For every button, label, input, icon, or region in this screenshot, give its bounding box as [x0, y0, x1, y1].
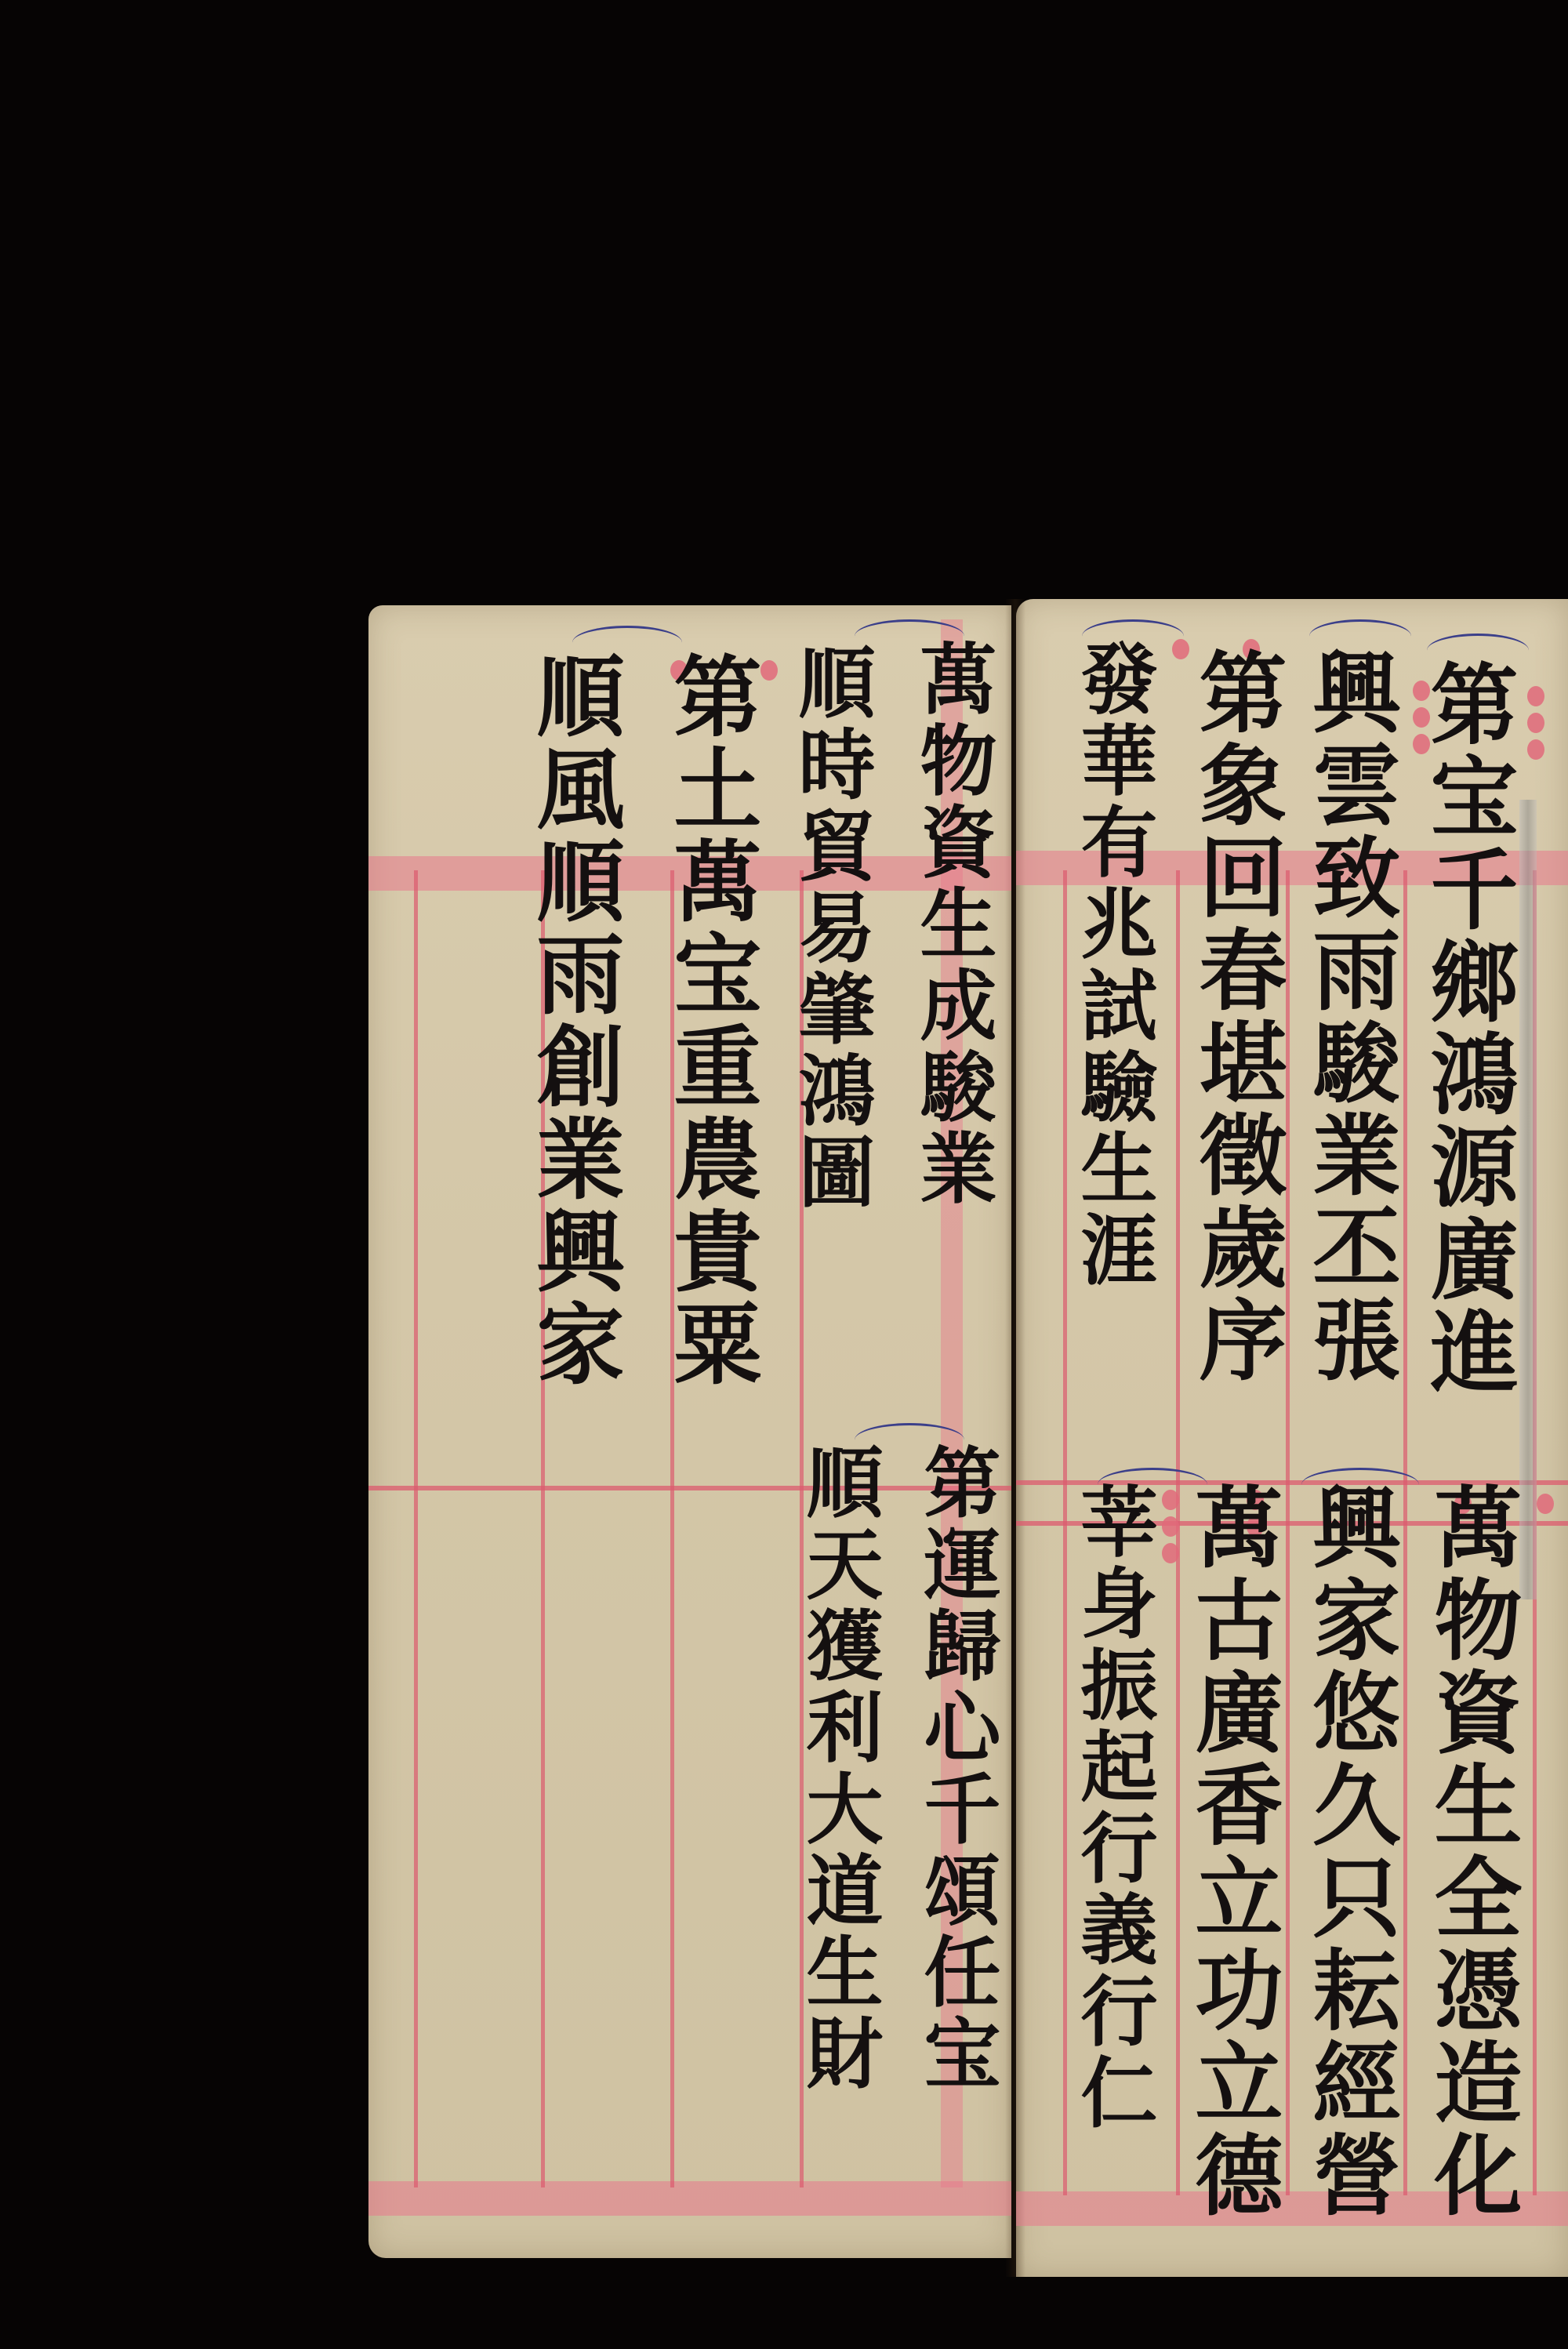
couplet-line: 萬古廣香立功立德	[1188, 1482, 1276, 2222]
couplet-line: 第象回春堪徵歲序	[1192, 647, 1279, 1387]
red-bottom-band-left	[368, 2181, 1011, 2216]
red-dot-marker	[1527, 686, 1546, 766]
couplet-line: 萬物資生成駿業	[913, 639, 990, 1210]
couplet-line: 興家悠久只耘經營	[1305, 1482, 1393, 2222]
red-dot-marker	[1162, 1490, 1181, 1570]
red-dot-marker	[760, 660, 779, 687]
red-vline	[414, 870, 418, 2187]
red-dot-marker	[1537, 1494, 1555, 1520]
couplet-line: 萬物資生全憑造化	[1427, 1482, 1515, 2222]
couplet-line: 順風順雨創業興家	[529, 651, 617, 1391]
couplet-line: 第土萬宝重農貴粟	[666, 651, 754, 1391]
tape-strip	[1519, 800, 1537, 1599]
couplet-line: 第宝千鄉鴻源廣進	[1423, 659, 1511, 1399]
couplet-line: 第運歸心千頌任宝	[917, 1443, 994, 2095]
couplet-line: 興雲致雨駿業丕張	[1305, 647, 1393, 1387]
couplet-line: 順天獲利大道生財	[800, 1443, 877, 2095]
couplet-line: 順時貿易肇鴻圖	[792, 643, 869, 1214]
couplet-line: 莘身振起行義行仁	[1074, 1482, 1151, 2134]
red-vline	[1403, 870, 1407, 2195]
couplet-line: 發華有兆試驗生涯	[1074, 639, 1151, 1291]
red-vline	[1063, 870, 1067, 2195]
